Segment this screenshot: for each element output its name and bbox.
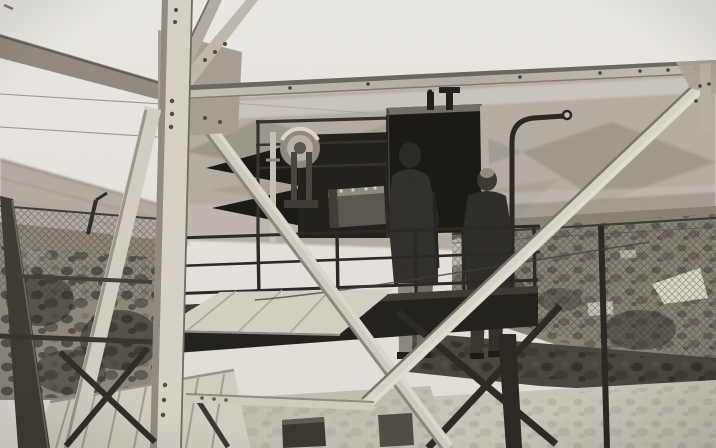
vignette bbox=[0, 0, 716, 448]
photograph bbox=[0, 0, 716, 448]
photo-canvas bbox=[0, 0, 716, 448]
